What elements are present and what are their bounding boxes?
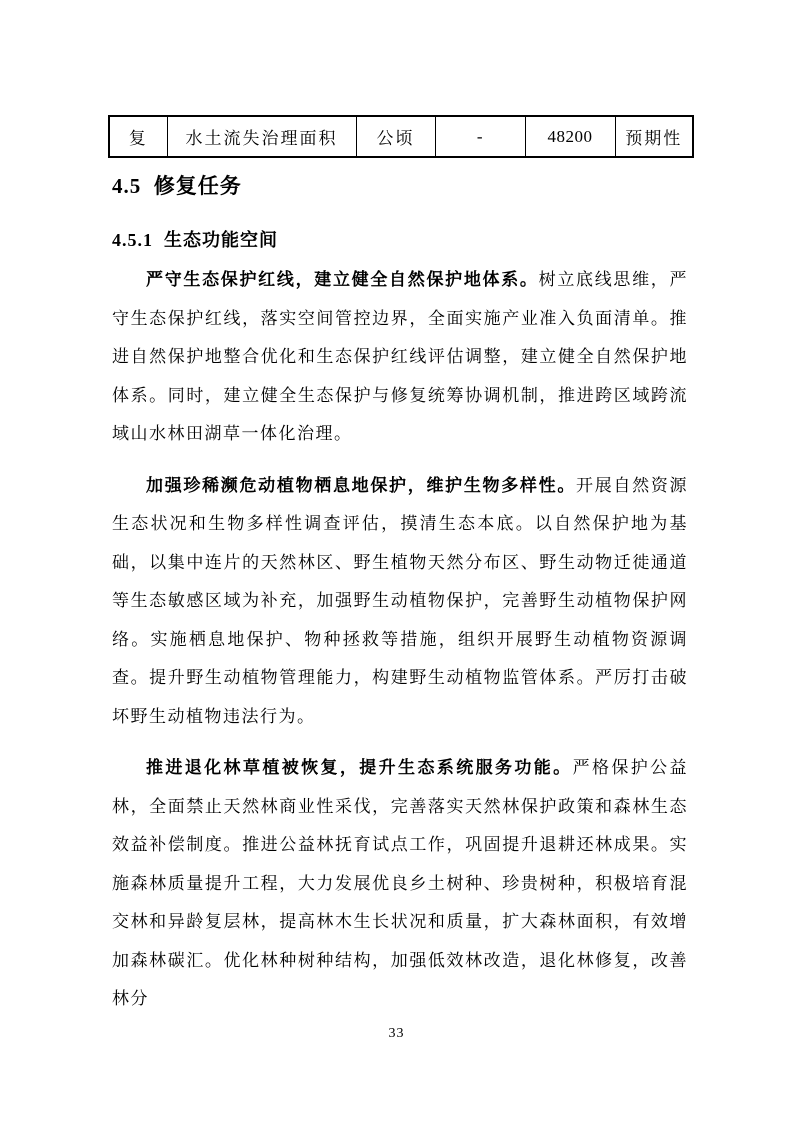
table-cell-unit: 公顷 (356, 116, 435, 157)
section-heading: 4.5 修复任务 (112, 173, 688, 199)
paragraph-body: 开展自然资源生态状况和生物多样性调查评估，摸清生态本底。以自然保护地为基础，以集… (112, 476, 688, 726)
paragraph-forest-restoration: 推进退化林草植被恢复，提升生态系统服务功能。严格保护公益林，全面禁止天然林商业性… (112, 749, 688, 1019)
indicator-table: 复 水土流失治理面积 公顷 - 48200 预期性 (108, 115, 694, 158)
page-number: 33 (0, 1026, 793, 1042)
table-cell-attribute: 预期性 (615, 116, 693, 157)
paragraph-body: 严格保护公益林，全面禁止天然林商业性采伐，完善落实天然林保护政策和森林生态效益补… (112, 758, 688, 1008)
subsection-heading: 4.5.1 生态功能空间 (112, 228, 688, 252)
table-row: 复 水土流失治理面积 公顷 - 48200 预期性 (109, 116, 693, 157)
table-cell-target-value: 48200 (525, 116, 615, 157)
document-page: 复 水土流失治理面积 公顷 - 48200 预期性 4.5 修复任务 4.5.1… (0, 0, 793, 1122)
body-text: 严守生态保护红线，建立健全自然保护地体系。树立底线思维，严守生态保护红线，落实空… (112, 261, 688, 1019)
page-content: 复 水土流失治理面积 公顷 - 48200 预期性 4.5 修复任务 4.5.1… (112, 115, 688, 1032)
paragraph-lead: 严守生态保护红线，建立健全自然保护地体系。 (146, 270, 539, 289)
table-cell-category: 复 (109, 116, 167, 157)
paragraph-lead: 推进退化林草植被恢复，提升生态系统服务功能。 (146, 758, 573, 777)
paragraph-ecological-redline: 严守生态保护红线，建立健全自然保护地体系。树立底线思维，严守生态保护红线，落实空… (112, 261, 688, 454)
paragraph-body: 树立底线思维，严守生态保护红线，落实空间管控边界，全面实施产业准入负面清单。推进… (112, 270, 688, 443)
paragraph-biodiversity: 加强珍稀濒危动植物栖息地保护，维护生物多样性。开展自然资源生态状况和生物多样性调… (112, 467, 688, 737)
table-cell-indicator: 水土流失治理面积 (167, 116, 356, 157)
paragraph-lead: 加强珍稀濒危动植物栖息地保护，维护生物多样性。 (146, 476, 576, 495)
table-cell-base-value: - (435, 116, 525, 157)
